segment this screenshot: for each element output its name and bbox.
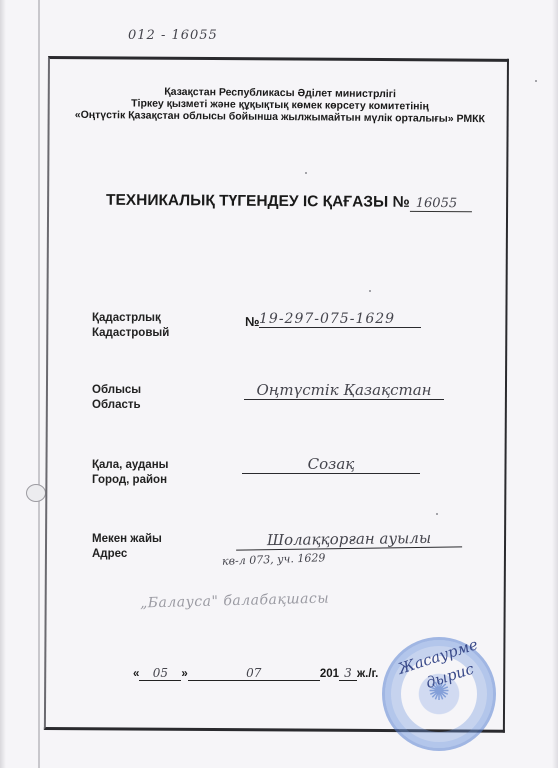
scan-note: 012 - 16055 <box>128 28 218 43</box>
city-label-kz: Қала, ауданы <box>92 458 168 473</box>
issue-date: «05»072013ж./г. <box>133 666 378 681</box>
date-year-suffix: 3 <box>339 666 357 681</box>
address-label-kz: Мекен жайы <box>92 532 162 547</box>
city-label: Қала, ауданы Город, район <box>92 458 168 488</box>
address-value-line1: Шолаққорған ауылы <box>236 528 462 550</box>
date-year-prefix: 201 <box>320 668 339 680</box>
binder-line <box>38 0 40 768</box>
scan-speck <box>305 172 307 174</box>
document-title-text: ТЕХНИКАЛЫҚ ТҮГЕНДЕУ ІС ҚАҒАЗЫ № <box>106 192 410 211</box>
city-value: Созақ <box>242 455 420 474</box>
cadastral-number: 19-297-075-1629 <box>259 311 421 328</box>
scan-speck <box>535 80 537 82</box>
binder-clip <box>26 484 46 502</box>
page-edge-right <box>552 0 558 768</box>
address-label: Мекен жайы Адрес <box>92 532 162 562</box>
scan-speck <box>436 513 438 515</box>
date-suffix: ж./г. <box>357 668 378 680</box>
city-label-ru: Город, район <box>92 473 168 488</box>
address-label-ru: Адрес <box>92 547 162 562</box>
scan-speck <box>369 290 371 292</box>
issuer-header: Қазақстан Республикасы Әділет министрліг… <box>60 85 500 126</box>
date-month: 07 <box>188 666 320 681</box>
cadastral-label: Қадастрлық Кадастровый <box>92 311 169 341</box>
cadastral-label-kz: Қадастрлық <box>92 311 169 326</box>
region-value: Оңтүстік Қазақстан <box>244 381 444 400</box>
document-number: 16055 <box>410 196 472 212</box>
cadastral-label-ru: Кадастровый <box>92 326 169 341</box>
cadastral-number-sign: № <box>245 314 260 329</box>
document-title: ТЕХНИКАЛЫҚ ТҮГЕНДЕУ ІС ҚАҒАЗЫ №16055 <box>106 192 472 213</box>
region-label-ru: Область <box>92 398 141 413</box>
page-edge-left <box>0 0 6 768</box>
region-label: Облысы Область <box>92 383 141 413</box>
date-day: 05 <box>139 666 181 681</box>
region-label-kz: Облысы <box>92 383 141 398</box>
